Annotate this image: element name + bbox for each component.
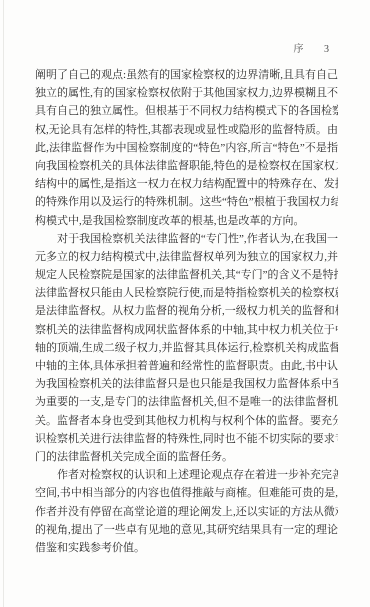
chapter-title: 序 (294, 44, 305, 55)
text-line: 构模式中,是我国检察制度改革的根基,也是改革的方向。 (35, 212, 338, 230)
text-line: 为重要的一支,是专门的法律监督机关,但不是唯一的法律监督机 (35, 393, 338, 411)
text-line: 空间,书中相当部分的内容也值得推敲与商榷。但难能可贵的是, (35, 484, 338, 502)
page-header: 序 3 (294, 40, 331, 55)
text-line: 借鉴和实践参考价值。 (35, 539, 338, 557)
text-line: 中轴的主体,具体承担着普遍和经常性的监督职责。由此,书中认 (35, 357, 338, 375)
text-line: 独立的属性,有的国家检察权依附于其他国家权力,边界模糊且不 (35, 84, 338, 102)
text-line: 规定人民检察院是国家的法律监督机关,其“专门”的含义不是特指 (35, 266, 338, 284)
preface-body: 阐明了自己的观点:虽然有的国家检察权的边界清晰,且具有自己独立的属性,有的国家检… (35, 66, 338, 557)
text-line: 法律监督权只能由人民检察院行使,而是特指检察机关的检察权就 (35, 284, 338, 302)
text-line: 元多立的权力结构模式中,法律监督权单列为独立的国家权力,并 (35, 248, 338, 266)
text-line: 阐明了自己的观点:虽然有的国家检察权的边界清晰,且具有自己 (35, 66, 338, 84)
text-line: 的视角,提出了一些卓有见地的意见,其研究结果具有一定的理论 (35, 521, 338, 539)
text-line: 结构中的属性,是指这一权力在权力结构配置中的特殊存在、发挥 (35, 175, 338, 193)
text-line: 向我国检察机关的具体法律监督职能,特色的是检察权在国家权力 (35, 157, 338, 175)
text-line: 识检察机关进行法律监督的特殊性,同时也不能不切实际的要求专 (35, 430, 338, 448)
text-line: 的特殊作用以及运行的特殊机制。这些“特色”根植于我国权力结 (35, 193, 338, 211)
scan-edge-artifact (3, 0, 4, 607)
text-line: 关。监督者本身也受到其他权力机构与权利个体的监督。要充分认 (35, 412, 338, 430)
text-line: 此,法律监督作为中国检察制度的“特色”内容,所言“特色”不是指 (35, 139, 338, 157)
text-line: 作者并没有停留在高堂论道的理论阐发上,还以实证的方法从微观 (35, 503, 338, 521)
text-line: 察机关的法律监督构成网状监督体系的中轴,其中权力机关位于中 (35, 321, 338, 339)
text-line: 轴的顶端,生成二级子权力,并监督其具体运行,检察机关构成监督 (35, 339, 338, 357)
text-line: 门的法律监督机关完成全面的监督任务。 (35, 448, 338, 466)
text-line: 权,无论具有怎样的特性,其都表现或显性或隐形的监督特质。由 (35, 121, 338, 139)
text-line: 具有自己的独立属性。但根基于不同权力结构模式下的各国检察 (35, 102, 338, 120)
book-page: 序 3 阐明了自己的观点:虽然有的国家检察权的边界清晰,且具有自己独立的属性,有… (0, 0, 370, 607)
text-line: 对于我国检察机关法律监督的“专门性”,作者认为,在我国一 (35, 230, 338, 248)
text-line: 为我国检察机关的法律监督只是也只能是我国权力监督体系中至 (35, 375, 338, 393)
text-line: 是法律监督权。从权力监督的视角分析,一级权力机关的监督和检 (35, 302, 338, 320)
text-line: 作者对检察权的认识和上述理论观点存在着进一步补充完善的 (35, 466, 338, 484)
page-number: 3 (324, 44, 330, 55)
